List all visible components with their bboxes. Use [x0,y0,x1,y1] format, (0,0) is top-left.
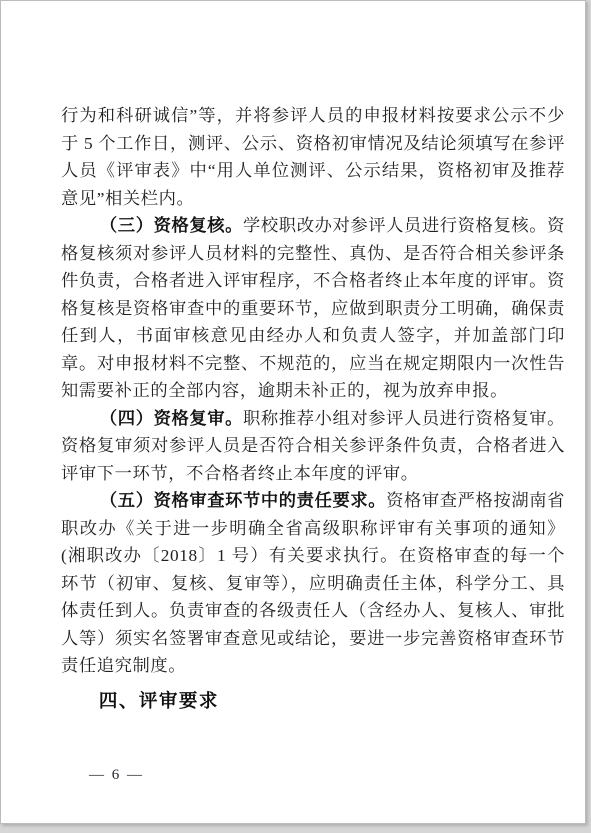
paragraph: 行为和科研诚信”等，并将参评人员的申报材料按要求公示不少于 5 个工作日，测评、… [61,102,565,212]
paragraph-lead: （三）资格复核。 [100,216,243,235]
paragraph-lead: （四）资格复审。 [100,409,243,428]
paragraph: （三）资格复核。学校职改办对参评人员进行资格复核。资格复核须对参评人员材料的完整… [61,212,565,405]
section-heading: 四、评审要求 [61,687,565,715]
paragraph: （四）资格复审。职称推荐小组对参评人员进行资格复审。资格复审须对参评人员是否符合… [61,405,565,488]
paragraph: （五）资格审查环节中的责任要求。资格审查严格按湖南省职改办《关于进一步明确全省高… [61,487,565,680]
document-page: 行为和科研诚信”等，并将参评人员的申报材料按要求公示不少于 5 个工作日，测评、… [0,0,586,824]
page-number: — 6 — [89,767,144,784]
paragraph-lead: （五）资格审查环节中的责任要求。 [100,491,386,510]
document-body: 行为和科研诚信”等，并将参评人员的申报材料按要求公示不少于 5 个工作日，测评、… [61,102,565,714]
paragraphs-container: 行为和科研诚信”等，并将参评人员的申报材料按要求公示不少于 5 个工作日，测评、… [61,102,565,680]
scan-background: 行为和科研诚信”等，并将参评人员的申报材料按要求公示不少于 5 个工作日，测评、… [0,0,591,833]
